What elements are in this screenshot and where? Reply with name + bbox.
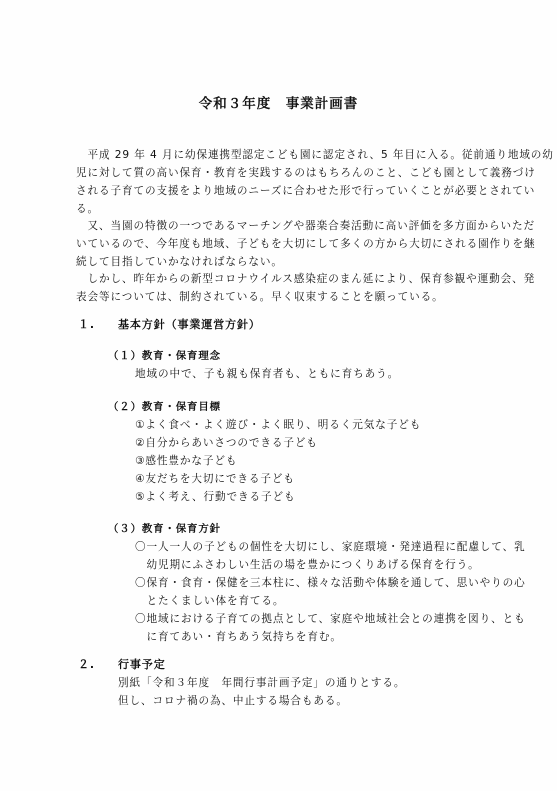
intro-p2-line2: いているので、今年度も地域、子どもを大切にして多くの方から大切にされる園作りを継 <box>76 237 536 251</box>
policy-item-3-line2: に育てあい・育ちあう気持ちを育む。 <box>135 630 342 644</box>
intro-p2-line1: 又、当園の特徴の一つであるマーチングや器楽合奏活動に高い評価を多方面からいただ <box>76 219 535 233</box>
section-2-heading: ２.行事予定 <box>78 658 166 672</box>
intro-p1-line4: る。 <box>76 202 99 216</box>
goal-item-5: ⑤よく考え、行動できる子ども <box>135 490 295 504</box>
intro-p1-line3: される子育ての支援をより地域のニーズに合わせた形で行っていくことが必要とされてい <box>76 184 535 198</box>
goal-item-4: ④友だちを大切にできる子ども <box>135 472 295 486</box>
section-1-number: １. <box>78 318 118 332</box>
section-1-heading: １.基本方針（事業運営方針） <box>78 318 261 332</box>
section-2-number: ２. <box>78 658 118 672</box>
intro-p2-line3: 続して目指していかなければならない。 <box>76 255 283 269</box>
goal-item-2: ②自分からあいさつのできる子ども <box>135 436 318 450</box>
policy-item-2-line2: とたくましい体を育てる。 <box>135 594 284 608</box>
subsection-1-1-heading: （１）教育・保育理念 <box>108 349 221 363</box>
goal-item-3: ③感性豊かな子ども <box>135 454 237 468</box>
document-title: 令和３年度 事業計画書 <box>0 92 557 112</box>
policy-item-3-line1: 〇地域における子育ての拠点として、家庭や地域社会との連携を図り、とも <box>135 612 526 626</box>
section-2-title: 行事予定 <box>118 658 166 671</box>
subsection-1-2-heading: （２）教育・保育目標 <box>108 400 221 414</box>
intro-p1-line2: 児に対して質の高い保育・教育を実践するのはもちろんのこと、こども園として義務づけ <box>76 166 536 180</box>
policy-item-2-line1: 〇保育・食育・保健を三本柱に、様々な活動や体験を通して、思いやりの心 <box>135 576 526 590</box>
policy-item-1-line2: 幼児期にふさわしい生活の場を豊かにつくりあげる保育を行う。 <box>135 558 480 572</box>
intro-p1-line1: 平成 29 年 4 月に幼保連携型認定こども園に認定され、5 年目に入る。従前通… <box>76 148 554 162</box>
section-1-title: 基本方針（事業運営方針） <box>118 318 261 331</box>
intro-p3-line2: 表会等については、制約されている。早く収束することを願っている。 <box>76 290 444 304</box>
subsection-1-3-heading: （３）教育・保育方針 <box>108 522 221 536</box>
document-page: 令和３年度 事業計画書 平成 29 年 4 月に幼保連携型認定こども園に認定され… <box>0 0 557 791</box>
subsection-1-1-line1: 地域の中で、子も親も保育者も、ともに育ちあう。 <box>135 367 399 381</box>
goal-item-1: ①よく食べ・よく遊び・よく眠り、明るく元気な子ども <box>135 418 421 432</box>
intro-p3-line1: しかし、昨年からの新型コロナウイルス感染症のまん延により、保育参観や運動会、発 <box>76 272 535 286</box>
section-2-line2: 但し、コロナ禍の為、中止する場合もある。 <box>118 694 348 708</box>
policy-item-1-line1: 〇一人一人の子どもの個性を大切にし、家庭環境・発達過程に配慮して、乳 <box>135 540 526 554</box>
section-2-line1: 別紙「令和３年度 年間行事計画予定」の通りとする。 <box>118 676 405 690</box>
